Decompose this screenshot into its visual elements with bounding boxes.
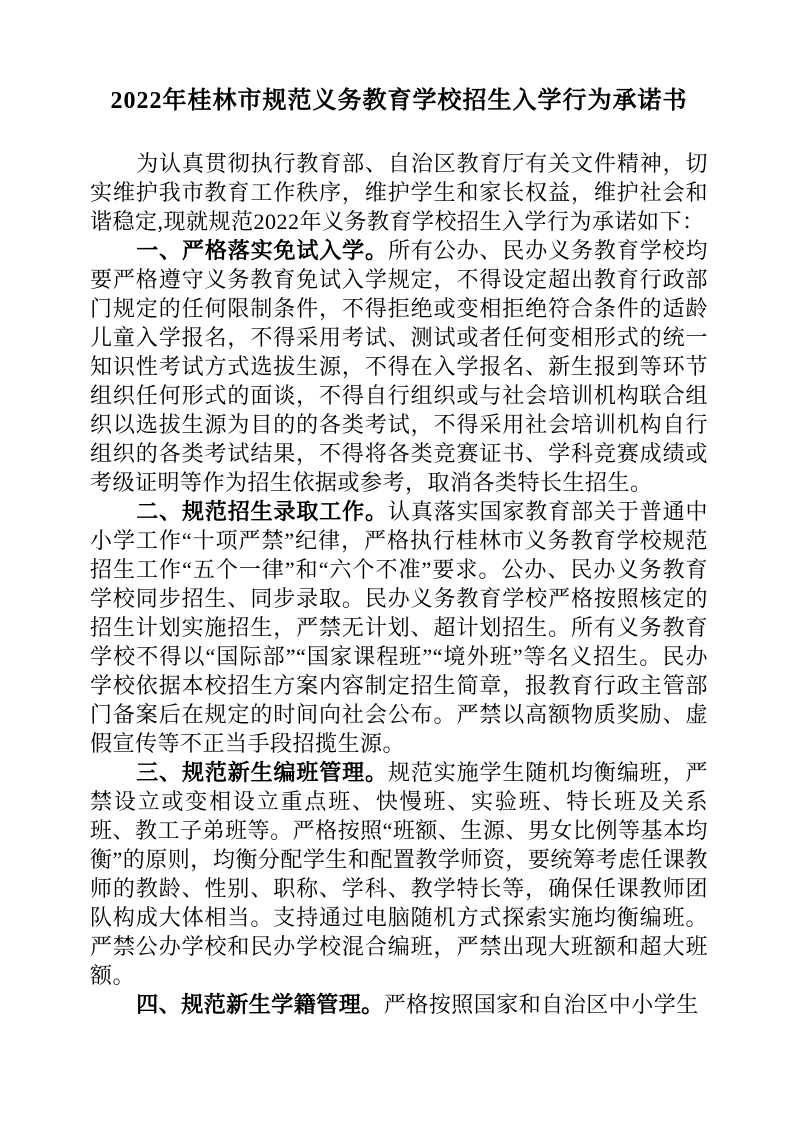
section-4-text: 严格按照国家和自治区中小学生: [384, 992, 699, 1017]
paragraph-section-1: 一、严格落实免试入学。所有公办、民办义务教育学校均要严格遵守义务教育免试入学规定…: [90, 236, 708, 497]
paragraph-intro-text: 为认真贯彻执行教育部、自治区教育厅有关文件精神，切实维护我市教育工作秩序，维护学…: [90, 151, 708, 234]
document-title: 2022年桂林市规范义务教育学校招生入学行为承诺书: [90, 86, 708, 116]
section-2-text: 认真落实国家教育部关于普通中小学工作“十项严禁”纪律，严格执行桂林市义务教育学校…: [90, 499, 708, 756]
section-3-text: 规范实施学生随机均衡编班，严禁设立或变相设立重点班、快慢班、实验班、特长班及关系…: [90, 760, 708, 988]
section-2-heading: 二、规范招生录取工作。: [136, 499, 388, 524]
paragraph-section-2: 二、规范招生录取工作。认真落实国家教育部关于普通中小学工作“十项严禁”纪律，严格…: [90, 497, 708, 758]
section-1-heading: 一、严格落实免试入学。: [136, 238, 388, 263]
paragraph-section-4: 四、规范新生学籍管理。严格按照国家和自治区中小学生: [90, 990, 708, 1019]
paragraph-intro: 为认真贯彻执行教育部、自治区教育厅有关文件精神，切实维护我市教育工作秩序，维护学…: [90, 149, 708, 236]
document-page: 2022年桂林市规范义务教育学校招生入学行为承诺书 为认真贯彻执行教育部、自治区…: [0, 0, 794, 1123]
section-4-heading: 四、规范新生学籍管理。: [136, 992, 384, 1017]
section-3-heading: 三、规范新生编班管理。: [136, 760, 388, 785]
paragraph-section-3: 三、规范新生编班管理。规范实施学生随机均衡编班，严禁设立或变相设立重点班、快慢班…: [90, 758, 708, 990]
section-1-text: 所有公办、民办义务教育学校均要严格遵守义务教育免试入学规定，不得设定超出教育行政…: [90, 238, 708, 495]
